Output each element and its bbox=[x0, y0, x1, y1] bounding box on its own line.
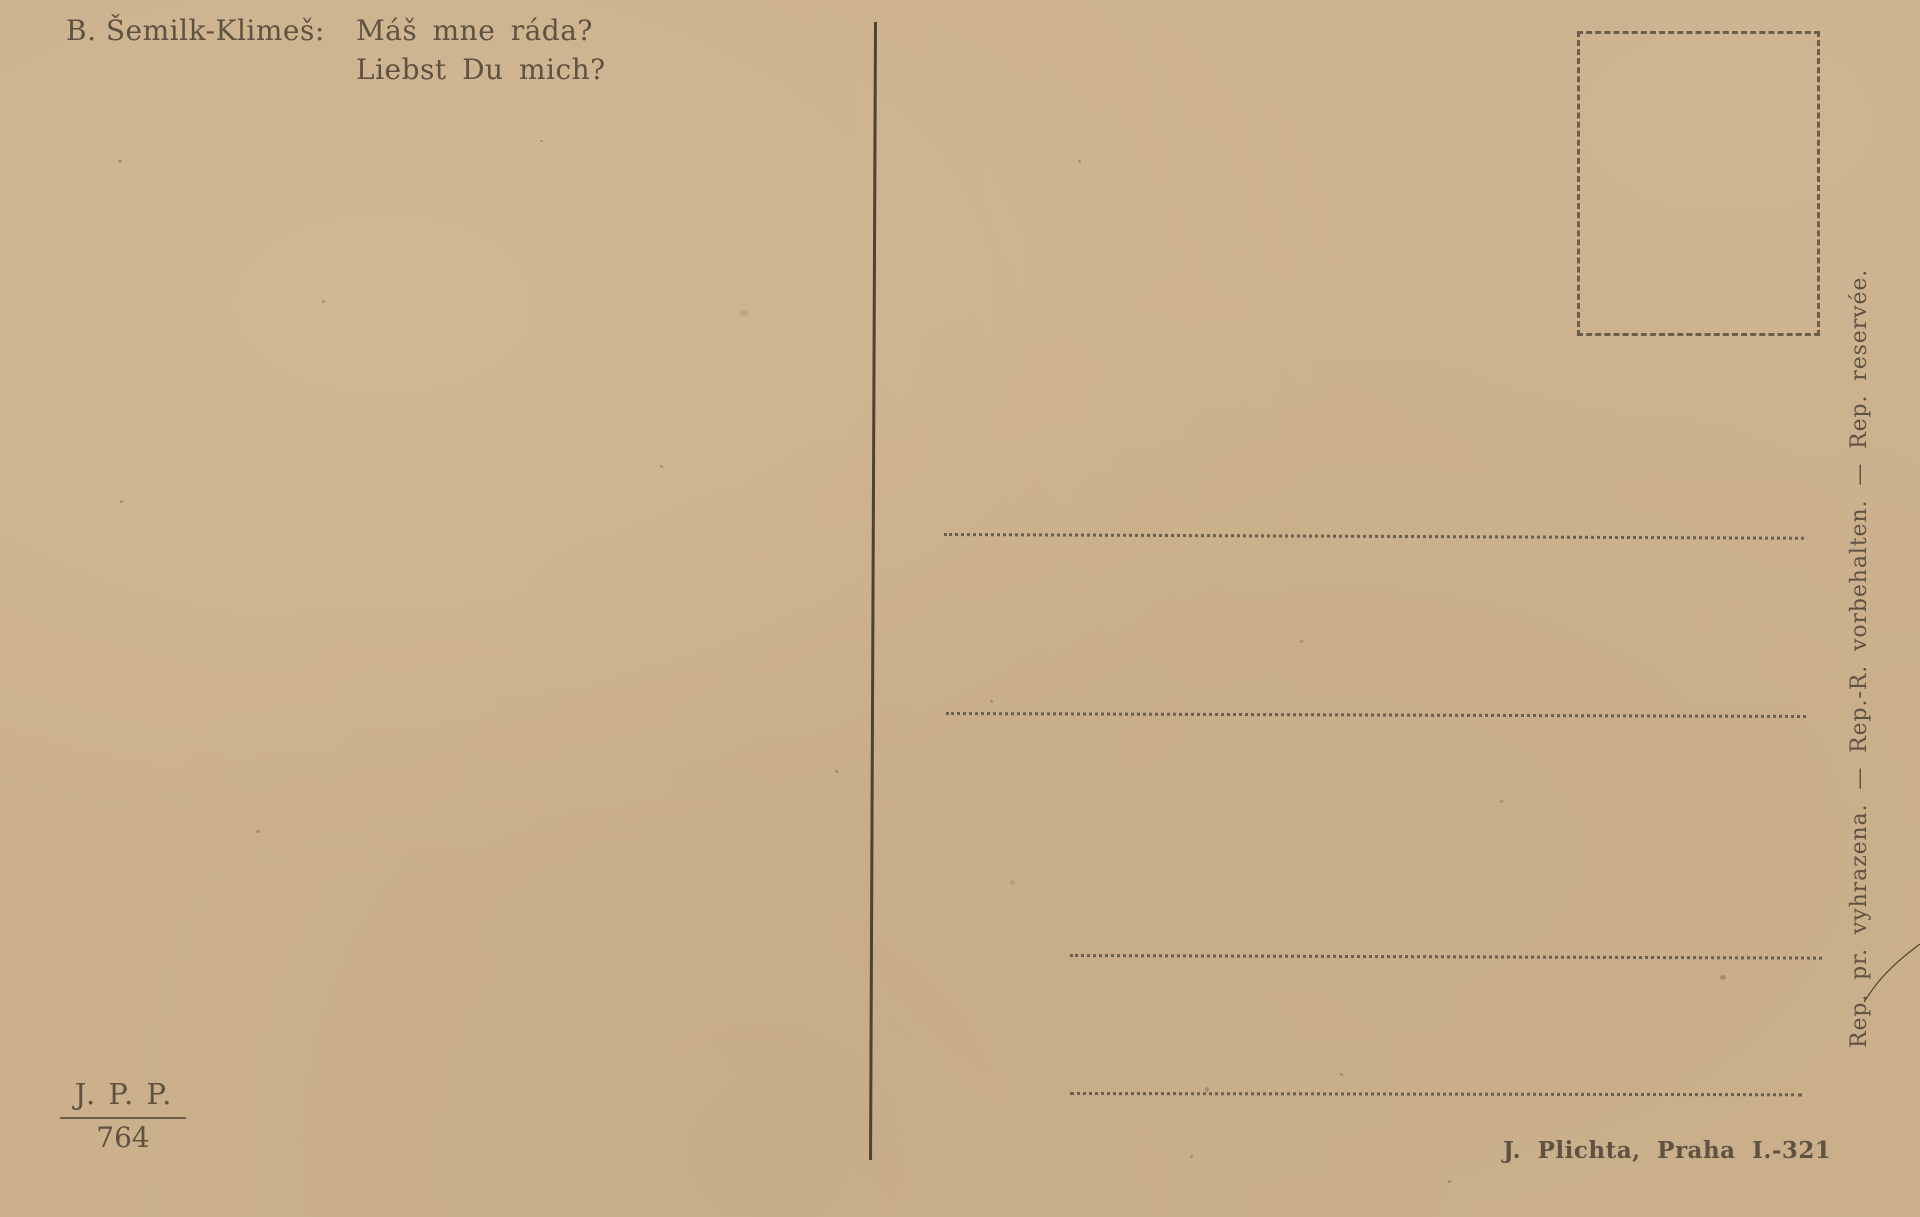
paper-speck bbox=[1720, 975, 1726, 980]
paper-speck bbox=[660, 465, 663, 468]
paper-fiber bbox=[1862, 944, 1920, 1004]
paper-speck bbox=[1300, 640, 1303, 643]
paper-speck bbox=[1078, 160, 1081, 163]
paper-speck bbox=[1340, 1073, 1343, 1076]
paper-speck bbox=[540, 140, 543, 142]
paper-speck bbox=[740, 310, 748, 316]
paper-speck bbox=[120, 500, 123, 503]
publisher-imprint: J. Plichta, Praha I.-321 bbox=[1503, 1139, 1831, 1162]
paper-speck bbox=[1500, 800, 1503, 803]
paper-speck bbox=[990, 700, 993, 703]
series-rule bbox=[60, 1117, 186, 1119]
artist-name: B. Šemilk-Klimeš: bbox=[66, 17, 325, 45]
title-german: Liebst Du mich? bbox=[356, 56, 606, 84]
paper-speck bbox=[322, 300, 325, 303]
paper-speck bbox=[1190, 1155, 1193, 1158]
paper-speck bbox=[1010, 880, 1015, 885]
paper-speck bbox=[118, 160, 122, 163]
publisher-initials: J. P. P. bbox=[70, 1080, 178, 1109]
paper-speck bbox=[1448, 1180, 1451, 1183]
stamp-box bbox=[1577, 31, 1820, 336]
title-czech: Máš mne ráda? bbox=[356, 17, 593, 45]
paper-speck bbox=[835, 770, 838, 773]
rights-notice: Rep. pr. vyhrazena. — Rep.-R. vorbehalte… bbox=[1848, 206, 1872, 1048]
series-number: 764 bbox=[60, 1124, 186, 1152]
paper-speck bbox=[256, 830, 260, 833]
